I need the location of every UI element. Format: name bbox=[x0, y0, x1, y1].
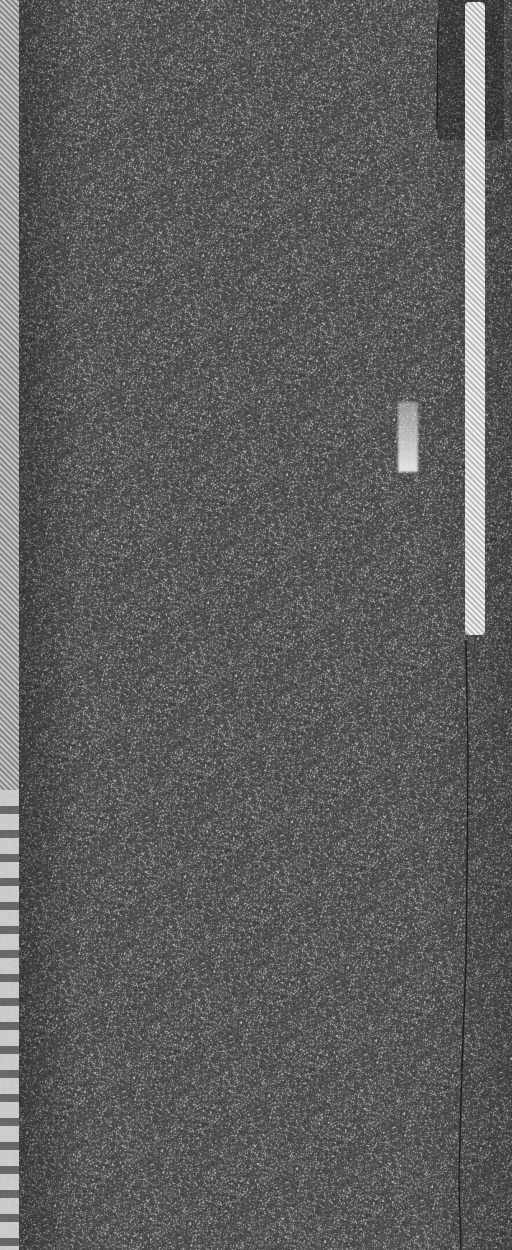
pavement-crack bbox=[0, 0, 512, 1250]
road-pavement-photo bbox=[0, 0, 512, 1250]
